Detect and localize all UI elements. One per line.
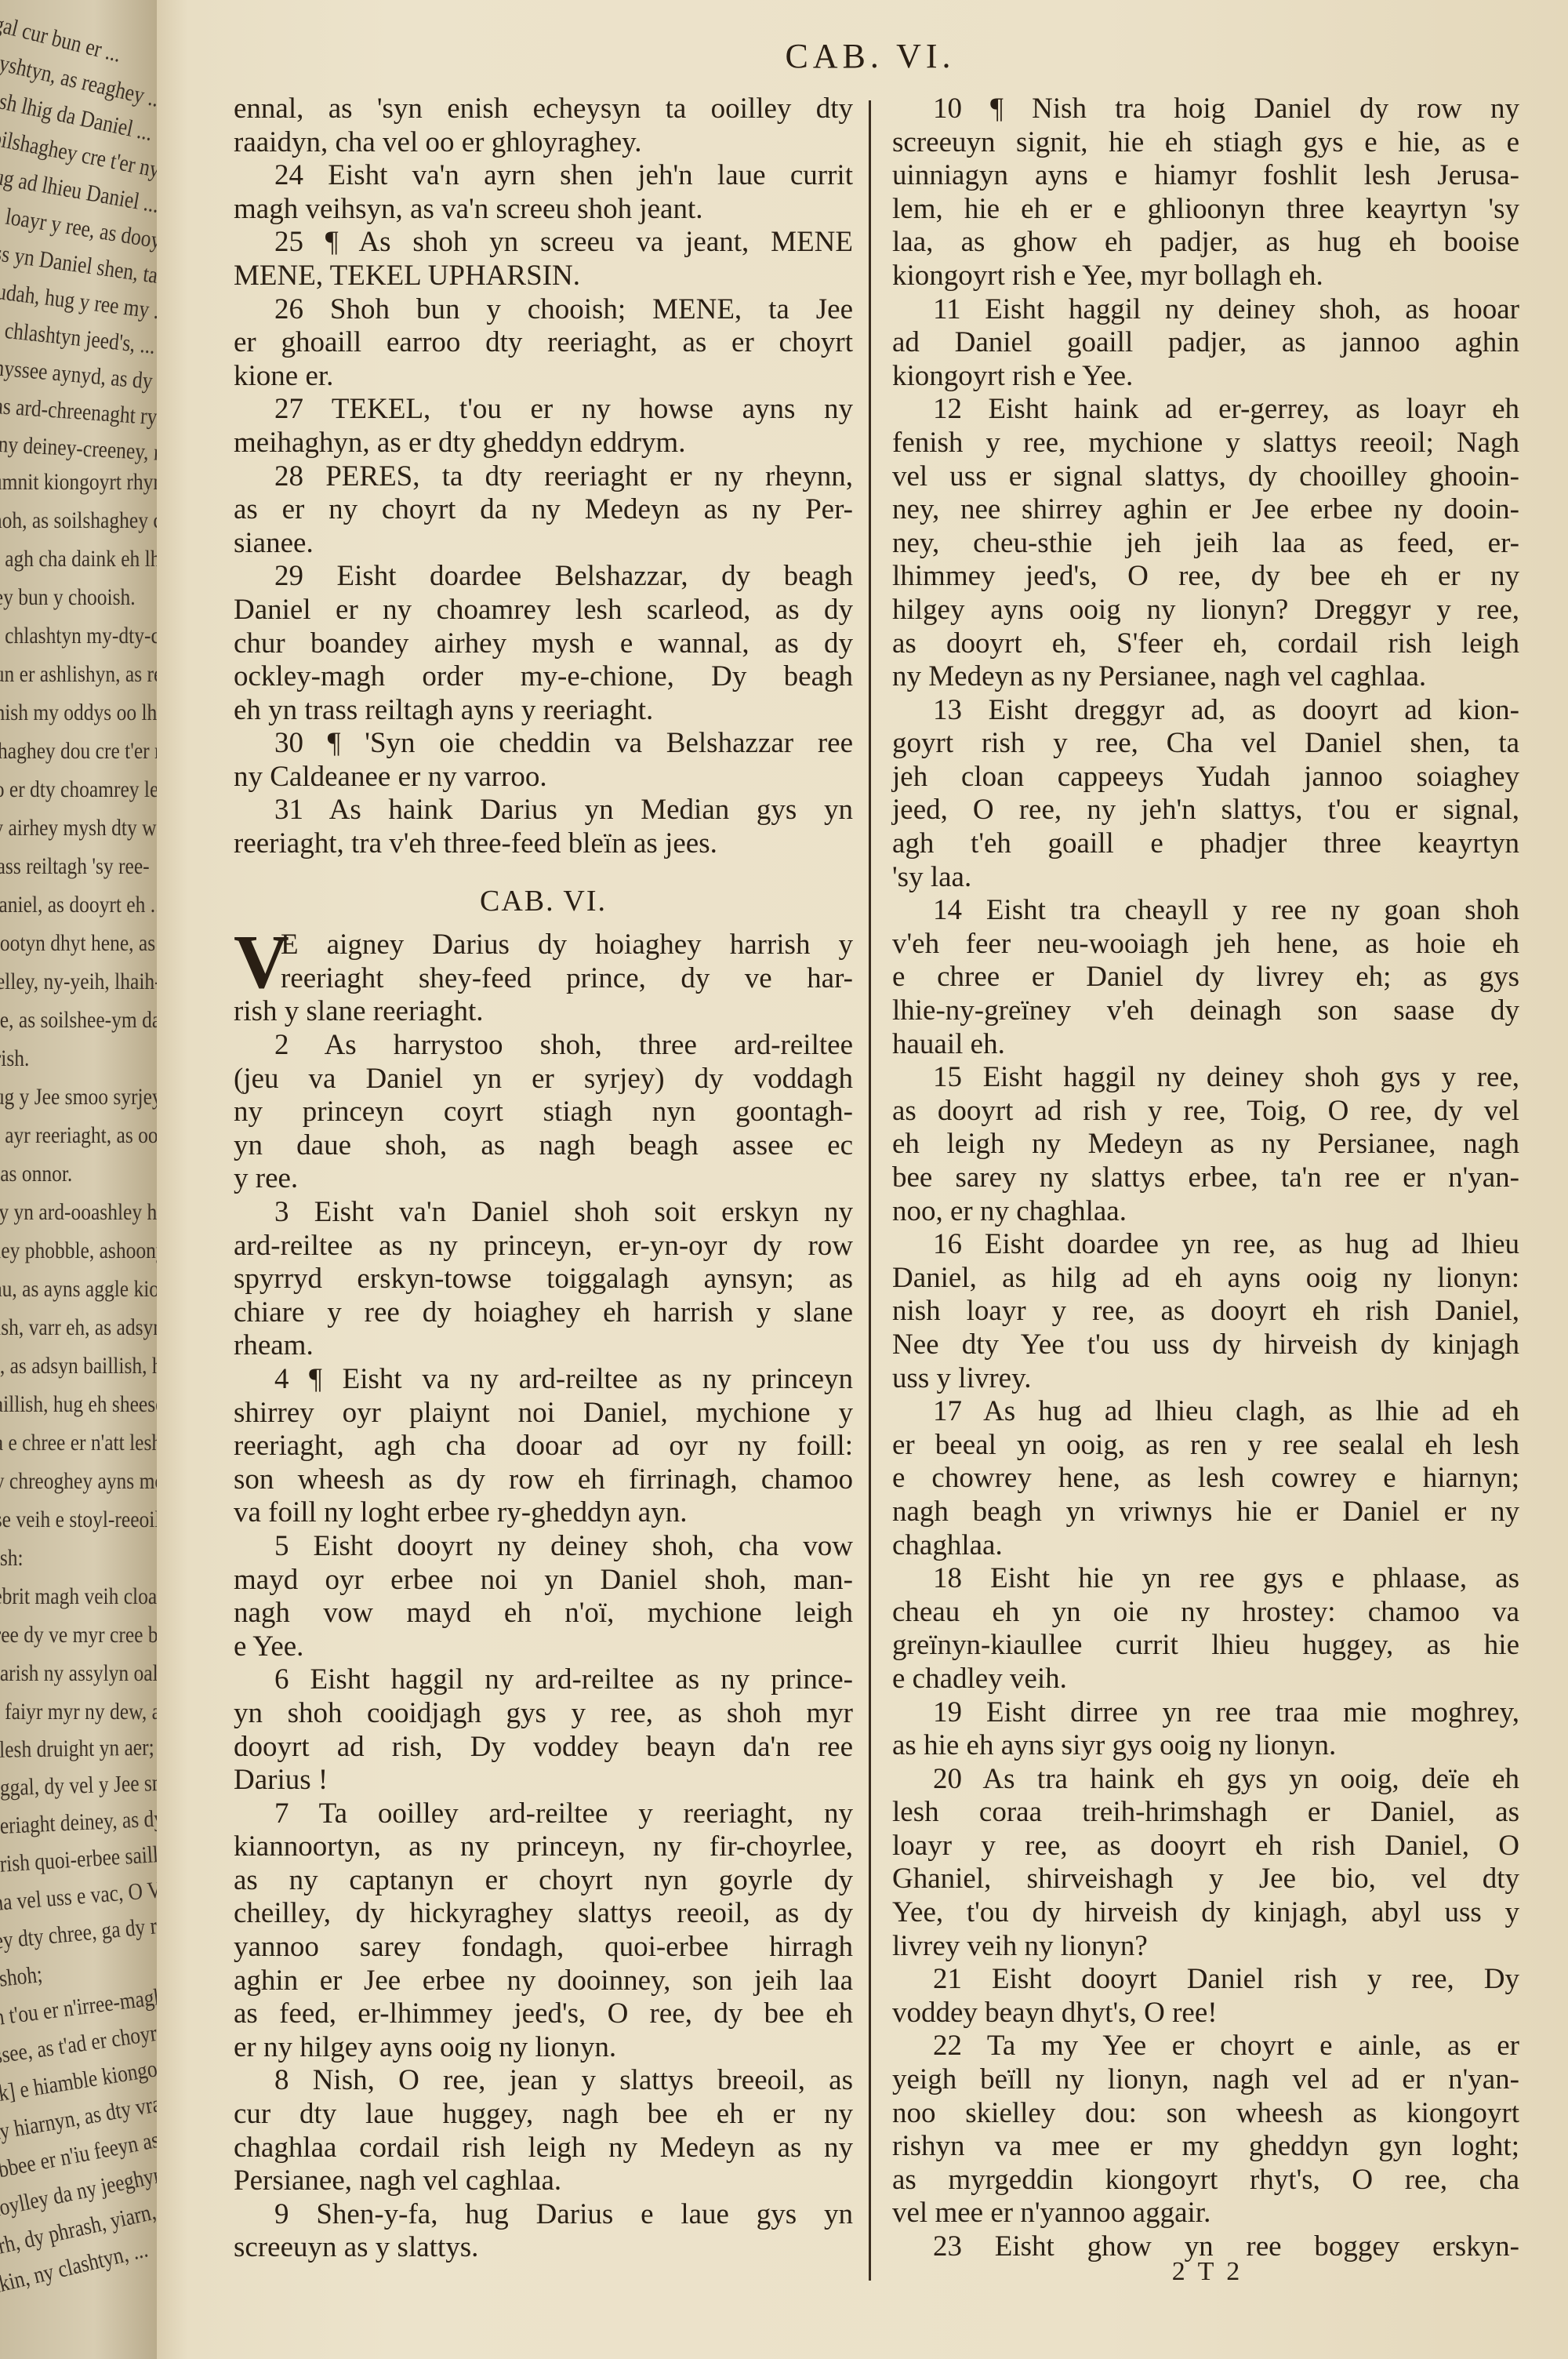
text-line: raaidyn, cha vel oo er ghloyraghey. bbox=[234, 126, 853, 160]
text-line: 8 Nish, O ree, jean y slattys breeoil, a… bbox=[234, 2064, 853, 2098]
left-column: ennal, as 'syn enish echeysyn ta ooilley… bbox=[234, 93, 853, 2265]
text-line: nagh beagh yn vriwnys hie er Daniel er n… bbox=[892, 1496, 1519, 1529]
text-line: 22 Ta my Yee er choyrt e ainle, as er bbox=[892, 2030, 1519, 2063]
facing-page-line: illey phobble, ashoonyn ... bbox=[0, 1238, 157, 1264]
facing-page-line: y shoh; bbox=[0, 1961, 44, 1994]
facing-page-line: er faiyr myr ny dew, as ... bbox=[0, 1699, 157, 1725]
text-line: vel mee er n'yannoo aggair. bbox=[892, 2197, 1519, 2230]
text-line: 28 PERES, ta dty reeriaght er ny rheynn, bbox=[234, 460, 853, 494]
facing-page-line: r, as onnor. bbox=[0, 1161, 72, 1187]
facing-page-line: ty ayr reeriaght, as oo... bbox=[0, 1122, 157, 1149]
left-column-verses: ennal, as 'syn enish echeysyn ta ooilley… bbox=[234, 93, 853, 861]
text-line: lem, hie eh er e ghlioonyn three keayrty… bbox=[892, 193, 1519, 227]
text-line: cheau eh yn oie ny hrostey: chamoo va bbox=[892, 1596, 1519, 1630]
text-line: 7 Ta ooilley ard-reiltee y reeriaght, ny bbox=[234, 1797, 853, 1831]
text-line: Persianee, nagh vel caghlaa. bbox=[234, 2165, 853, 2198]
text-line: loayr y ree, as dooyrt eh rish Daniel, O bbox=[892, 1830, 1519, 1863]
facing-page-line: ose veih e stoyl-reeoil, as ... bbox=[0, 1507, 157, 1533]
text-line: Yee, t'ou dy hirveish dy kinjagh, abyl u… bbox=[892, 1896, 1519, 1930]
text-line: reeriaght shey-feed prince, dy ve har- bbox=[234, 962, 853, 996]
text-line: ennal, as 'syn enish echeysyn ta ooilley… bbox=[234, 93, 853, 126]
facing-page-line: , as ard-chreenaght ry-... bbox=[0, 392, 157, 432]
facing-page-line: reeriaght deiney, as dy ... bbox=[0, 1805, 157, 1841]
text-line: ny Medeyn as ny Persianee, nagh vel cagh… bbox=[892, 660, 1519, 694]
text-line: as myrgeddin kiongoyrt rhyt's, O ree, ch… bbox=[892, 2164, 1519, 2197]
text-line: chaghlaa cordail rish leigh ny Medeyn as… bbox=[234, 2132, 853, 2165]
chapter-heading: CAB. VI. bbox=[234, 885, 853, 918]
facing-page-line: cha vel uss e vac, O Velshazzar ... bbox=[0, 1870, 157, 1917]
text-line: MENE, TEKEL UPHARSIN. bbox=[234, 260, 853, 293]
facing-page-line: marish ny assylyn oaldey: ... bbox=[0, 1660, 157, 1687]
text-line: lhie-ny-greïney v'eh deinagh son saase d… bbox=[892, 994, 1519, 1028]
facing-page-line: nug y Jee smoo syrjey d... bbox=[0, 1084, 157, 1110]
text-line: E aigney Darius dy hoiaghey harrish y bbox=[234, 929, 853, 962]
text-line: 4 ¶ Eisht va ny ard-reiltee as ny prince… bbox=[234, 1363, 853, 1397]
text-line: e chadley veih. bbox=[892, 1663, 1519, 1696]
facing-page-line: : nish my oddys oo lhaih ... bbox=[0, 700, 157, 726]
text-line: voddey beayn dhyt's, O ree! bbox=[892, 1997, 1519, 2030]
text-line: 29 Eisht doardee Belshazzar, dy beagh bbox=[234, 560, 853, 594]
facing-page-line: baillish, hug eh sheese. bbox=[0, 1391, 157, 1418]
text-line: ard-reiltee as ny princeyn, er-yn-oyr dy… bbox=[234, 1230, 853, 1263]
text-line: lesh coraa treih-hrimshagh er Daniel, as bbox=[892, 1796, 1519, 1830]
text-line: as er ny choyrt da ny Medeyn as ny Per- bbox=[234, 493, 853, 527]
facing-page-line: lshaghey dou cre t'er ny ... bbox=[0, 738, 157, 765]
chapter-opening: V E aigney Darius dy hoiaghey harrish yr… bbox=[234, 929, 853, 2265]
right-column-verses: 10 ¶ Nish tra hoig Daniel dy row nyscree… bbox=[892, 93, 1519, 2264]
text-line: e chree er Daniel dy livrey eh; as gys bbox=[892, 961, 1519, 994]
text-line: va foill ny loght erbee ry-gheddyn ayn. bbox=[234, 1496, 853, 1530]
text-line: agh t'eh goaill e phadjer three keayrtyn bbox=[892, 827, 1519, 861]
text-line: 15 Eisht haggil ny deiney shoh gys y ree… bbox=[892, 1061, 1519, 1095]
text-line: as ny captanyn er choyrt nyn goyrle dy bbox=[234, 1864, 853, 1898]
text-line: 21 Eisht dooyrt Daniel rish y ree, Dy bbox=[892, 1963, 1519, 1997]
text-line: yn daue shoh, as nagh beagh assee ec bbox=[234, 1129, 853, 1163]
text-line: yannoo sarey fondagh, quoi-erbee hirragh bbox=[234, 1931, 853, 1965]
text-line: chur boandey airhey mysh e wannal, as dy bbox=[234, 627, 853, 661]
text-line: jeh cloan cappeeys Yudah jannoo soiaghey bbox=[892, 761, 1519, 794]
facing-page-line: trass reiltagh 'sy ree- bbox=[0, 853, 150, 880]
text-line: Darius ! bbox=[234, 1764, 853, 1797]
facing-page-line: oiggal, dy vel y Jee smoo ... bbox=[0, 1768, 157, 1802]
text-line: 30 ¶ 'Syn oie cheddin va Belshazzar ree bbox=[234, 727, 853, 761]
text-line: 17 As hug ad lhieu clagh, as lhie ad eh bbox=[892, 1395, 1519, 1429]
text-line: vel uss er signal slattys, dy chooilley … bbox=[892, 460, 1519, 494]
text-line: son wheesh as dy row eh firrinagh, chamo… bbox=[234, 1463, 853, 1497]
facing-page-line: eau, as ayns aggle kiong... bbox=[0, 1276, 157, 1303]
text-line: y ree. bbox=[234, 1162, 853, 1196]
text-line: noo skielley dou: son wheesh as kiongoyr… bbox=[892, 2097, 1519, 2131]
text-line: 20 As tra haink eh gys yn ooig, deïe eh bbox=[892, 1763, 1519, 1797]
text-line: ney, cheu-sthie jeh jeih laa as feed, er… bbox=[892, 527, 1519, 561]
text-line: meihaghyn, as er dty gheddyn eddrym. bbox=[234, 427, 853, 460]
text-line: Ghaniel, shirveishagh y Jee bio, vel dty bbox=[892, 1863, 1519, 1896]
text-line: as hie eh ayns siyr gys ooig ny lionyn. bbox=[892, 1729, 1519, 1763]
text-line: magh veihsyn, as va'n screeu shoh jeant. bbox=[234, 193, 853, 227]
text-line: e Yee. bbox=[234, 1630, 853, 1664]
text-line: Nee dty Yee t'ou uss dy hirveish dy kinj… bbox=[892, 1329, 1519, 1362]
text-line: ockley-magh order my-e-chione, Dy beagh bbox=[234, 660, 853, 694]
facing-page-line: ny chreoghey ayns mooar... bbox=[0, 1468, 157, 1495]
text-line: 31 As haink Darius yn Median gys yn bbox=[234, 794, 853, 827]
right-column: 10 ¶ Nish tra hoig Daniel dy row nyscree… bbox=[892, 93, 1519, 2264]
text-line: yn shoh cooidjagh gys y ree, as shoh myr bbox=[234, 1697, 853, 1731]
text-line: screeuyn signit, hie eh stiagh gys e hie… bbox=[892, 126, 1519, 160]
text-line: er ny hilgey ayns ooig ny lionyn. bbox=[234, 2031, 853, 2065]
text-line: cheilley, dy hickyraghey slattys reeoil,… bbox=[234, 1897, 853, 1931]
text-line: 16 Eisht doardee yn ree, as hug ad lhieu bbox=[892, 1228, 1519, 1262]
text-line: nish loayr y ree, as dooyrt eh rish Dani… bbox=[892, 1295, 1519, 1329]
facing-page-line: hey bun y chooish. bbox=[0, 584, 136, 611]
text-line: ad Daniel goaill padjer, as jannoo aghin bbox=[892, 326, 1519, 360]
running-head: CAB. VI. bbox=[753, 36, 988, 76]
text-line: 14 Eisht tra cheayll y ree ny goan shoh bbox=[892, 894, 1519, 928]
facing-page-line: Daniel, as dooyrt eh ... bbox=[0, 892, 157, 918]
text-line: fenish y ree, mychione y slattys reeoil;… bbox=[892, 427, 1519, 460]
facing-page-line: er chlashtyn my-dty-chione ... bbox=[0, 623, 157, 649]
text-line: dooyrt ad rish, Dy voddey beayn da'n ree bbox=[234, 1731, 853, 1765]
facing-page-line: orish. bbox=[0, 1045, 29, 1072]
text-line: nagh vow mayd eh n'oï, mychione leigh bbox=[234, 1597, 853, 1630]
facing-page-line: llish, varr eh, as adsyn ... bbox=[0, 1314, 157, 1341]
text-line: 11 Eisht haggil ny deiney shoh, as hooar bbox=[892, 293, 1519, 327]
text-line: kiongoyrt rish e Yee, myr bollagh eh. bbox=[892, 260, 1519, 293]
facing-page-line: arrish quoi-erbee saillish ... bbox=[0, 1839, 157, 1879]
text-line: reeriaght, agh cha dooar ad oyr ny foill… bbox=[234, 1430, 853, 1463]
facing-page-edge: ogal cur bun er ...feyshtyn, as reaghey … bbox=[0, 0, 157, 2359]
text-line: Daniel er ny choamrey lesh scarleod, as … bbox=[234, 594, 853, 627]
text-line: 24 Eisht va'n ayrn shen jeh'n laue curri… bbox=[234, 159, 853, 193]
text-line: uinniagyn ayns e hiamyr foshlit lesh Jer… bbox=[892, 159, 1519, 193]
text-line: sianee. bbox=[234, 527, 853, 561]
text-line: 10 ¶ Nish tra hoig Daniel dy row ny bbox=[892, 93, 1519, 126]
column-rule bbox=[869, 100, 871, 2281]
facing-page-line: er chlashtyn jeed's, ... bbox=[0, 315, 157, 360]
text-line: chiare y ree dy hoiaghey eh harrish y sl… bbox=[234, 1296, 853, 1330]
text-line: jeed, O ree, ny jeh'n slattys, t'ou er s… bbox=[892, 794, 1519, 827]
text-line: eh yn trass reiltagh ayns y reeriaght. bbox=[234, 694, 853, 728]
text-line: reeriaght, tra v'eh three-feed bleïn as … bbox=[234, 827, 853, 861]
facing-page-line: hree dy ve myr cree baagh, ... bbox=[0, 1622, 157, 1648]
text-line: rheam. bbox=[234, 1329, 853, 1363]
text-line: spyrryd erskyn-towse toiggalagh aynsyn; … bbox=[234, 1263, 853, 1296]
text-line: 18 Eisht hie yn ree gys e phlaase, as bbox=[892, 1562, 1519, 1596]
text-line: 5 Eisht dooyrt ny deiney shoh, cha vow bbox=[234, 1530, 853, 1564]
text-line: kione er. bbox=[234, 360, 853, 394]
text-line: noo, er ny chaghlaa. bbox=[892, 1195, 1519, 1229]
text-line: 12 Eisht haink ad er-gerrey, as loayr eh bbox=[892, 393, 1519, 427]
text-line: laa, as ghow eh padjer, as hug eh booise bbox=[892, 226, 1519, 260]
facing-page-line: io, as adsyn baillish, hoi... bbox=[0, 1353, 157, 1379]
text-line: 'sy laa. bbox=[892, 861, 1519, 895]
text-line: shirrey oyr plaiynt noi Daniel, mychione… bbox=[234, 1397, 853, 1430]
signature-mark: 2 T 2 bbox=[1160, 2257, 1254, 2287]
drop-cap: V bbox=[234, 930, 289, 994]
facing-page-line: h: agh cha daink eh lhi... bbox=[0, 546, 157, 572]
text-line: as feed, er-lhimmey jeed's, O ree, dy be… bbox=[234, 1997, 853, 2031]
facing-page-line: a ny deiney-creeney, ny ... bbox=[0, 431, 157, 468]
facing-page-line: unyssee aynyd, as dy vel ... bbox=[0, 354, 157, 399]
text-line: screeuyn as y slattys. bbox=[234, 2231, 853, 2265]
text-line: 6 Eisht haggil ny ard-reiltee as ny prin… bbox=[234, 1663, 853, 1697]
text-line: er ghoaill earroo dty reeriaght, as er c… bbox=[234, 326, 853, 360]
text-line: kiongoyrt rish e Yee. bbox=[892, 360, 1519, 394]
text-line: 25 ¶ As shoh yn screeu va jeant, MENE bbox=[234, 226, 853, 260]
facing-page-line: va e chree er n'att lesh mo... bbox=[0, 1430, 157, 1456]
text-line: mayd oyr erbee noi yn Daniel shoh, man- bbox=[234, 1564, 853, 1598]
text-line: rish y slane reeriaght. bbox=[234, 995, 853, 1029]
text-line: 19 Eisht dirree yn ree traa mie moghrey, bbox=[892, 1696, 1519, 1730]
facing-page-line: bun er ashlishyn, as reaghey ... bbox=[0, 661, 157, 688]
text-line: (jeu va Daniel yn er syrjey) dy voddagh bbox=[234, 1063, 853, 1096]
text-line: eh leigh ny Medeyn as ny Persianee, nagh bbox=[892, 1128, 1519, 1161]
text-line: 3 Eisht va'n Daniel shoh soit erskyn ny bbox=[234, 1196, 853, 1230]
text-line: livrey veih ny lionyn? bbox=[892, 1930, 1519, 1964]
facing-page-line: eebrit magh veih cloan ghei... bbox=[0, 1583, 157, 1610]
facing-page-line: ey airhey mysh dty wan- bbox=[0, 815, 157, 841]
text-line: er beeal yn ooig, as ren y ree sealal eh… bbox=[892, 1429, 1519, 1463]
text-line: rishyn va mee er my gheddyn gyn loght; bbox=[892, 2130, 1519, 2164]
text-line: uss y livrey. bbox=[892, 1362, 1519, 1396]
facing-page-line: yiootyn dhyt hene, as ... bbox=[0, 930, 157, 957]
text-line: v'eh feer neu-wooiagh jeh hene, as hoie … bbox=[892, 928, 1519, 961]
text-line: 2 As harrystoo shoh, three ard-reiltee bbox=[234, 1029, 853, 1063]
text-line: as dooyrt eh, S'feer eh, cordail rish le… bbox=[892, 627, 1519, 661]
text-line: lhimmey jeed's, O ree, dy bee eh er ny bbox=[892, 560, 1519, 594]
text-line: ny princeyn coyrt stiagh nyn goontagh- bbox=[234, 1096, 853, 1129]
facing-page-line: oo er dty choamrey lesh ... bbox=[0, 776, 157, 803]
text-line: bee sarey ny slattys erbee, ta'n ree er … bbox=[892, 1161, 1519, 1195]
text-line: yeigh beïll ny lionyn, nagh vel ad er n'… bbox=[892, 2063, 1519, 2097]
facing-page-line: ree, as soilshee-ym da ... bbox=[0, 1007, 157, 1034]
text-line: hauail eh. bbox=[892, 1028, 1519, 1062]
text-line: ny Caldeanee er ny varroo. bbox=[234, 761, 853, 794]
text-line: e chowrey hene, as lesh cowrey e hiarnyn… bbox=[892, 1462, 1519, 1496]
facing-page-line: r elley, ny-yeih, lhaih- bbox=[0, 969, 157, 995]
text-line: hilgey ayns ooig ny lionyn? Dreggyr y re… bbox=[892, 594, 1519, 627]
text-line: ney, nee shirrey aghin er Jee erbee ny d… bbox=[892, 493, 1519, 527]
facing-page-line: h lesh druight yn aer; ... bbox=[0, 1734, 157, 1764]
text-line: kiannoortyn, as ny princeyn, ny fir-choy… bbox=[234, 1830, 853, 1864]
text-line: 26 Shoh bun y chooish; MENE, ta Jee bbox=[234, 293, 853, 327]
text-line: 27 TEKEL, t'ou er ny howse ayns ny bbox=[234, 393, 853, 427]
text-line: cur dty laue huggey, nagh bee eh er ny bbox=[234, 2098, 853, 2132]
text-line: aghin er Jee erbee ny dooinney, son jeih… bbox=[234, 1965, 853, 1998]
text-line: Daniel, as hilg ad eh ayns ooig ny liony… bbox=[892, 1262, 1519, 1296]
text-line: as dooyrt ad rish y ree, Toig, O ree, dy… bbox=[892, 1095, 1519, 1129]
facing-page-line: oish: bbox=[0, 1545, 24, 1572]
text-line: 13 Eisht dreggyr ad, as dooyrt ad kion- bbox=[892, 694, 1519, 728]
facing-page-line: sumnit kiongoyrt rhym, ... bbox=[0, 469, 157, 496]
facing-page-line: shoh, as soilshaghey cre ... bbox=[0, 507, 157, 534]
text-line: 9 Shen-y-fa, hug Darius e laue gys yn bbox=[234, 2198, 853, 2232]
text-line: chaghlaa. bbox=[892, 1529, 1519, 1563]
text-line: greïnyn-kiaullee currit lhieu huggey, as… bbox=[892, 1629, 1519, 1663]
facing-page-line: tey yn ard-ooashley hug ... bbox=[0, 1199, 157, 1226]
chapter-verses: E aigney Darius dy hoiaghey harrish yree… bbox=[234, 929, 853, 2265]
text-line: goyrt rish y ree, Cha vel Daniel shen, t… bbox=[892, 727, 1519, 761]
